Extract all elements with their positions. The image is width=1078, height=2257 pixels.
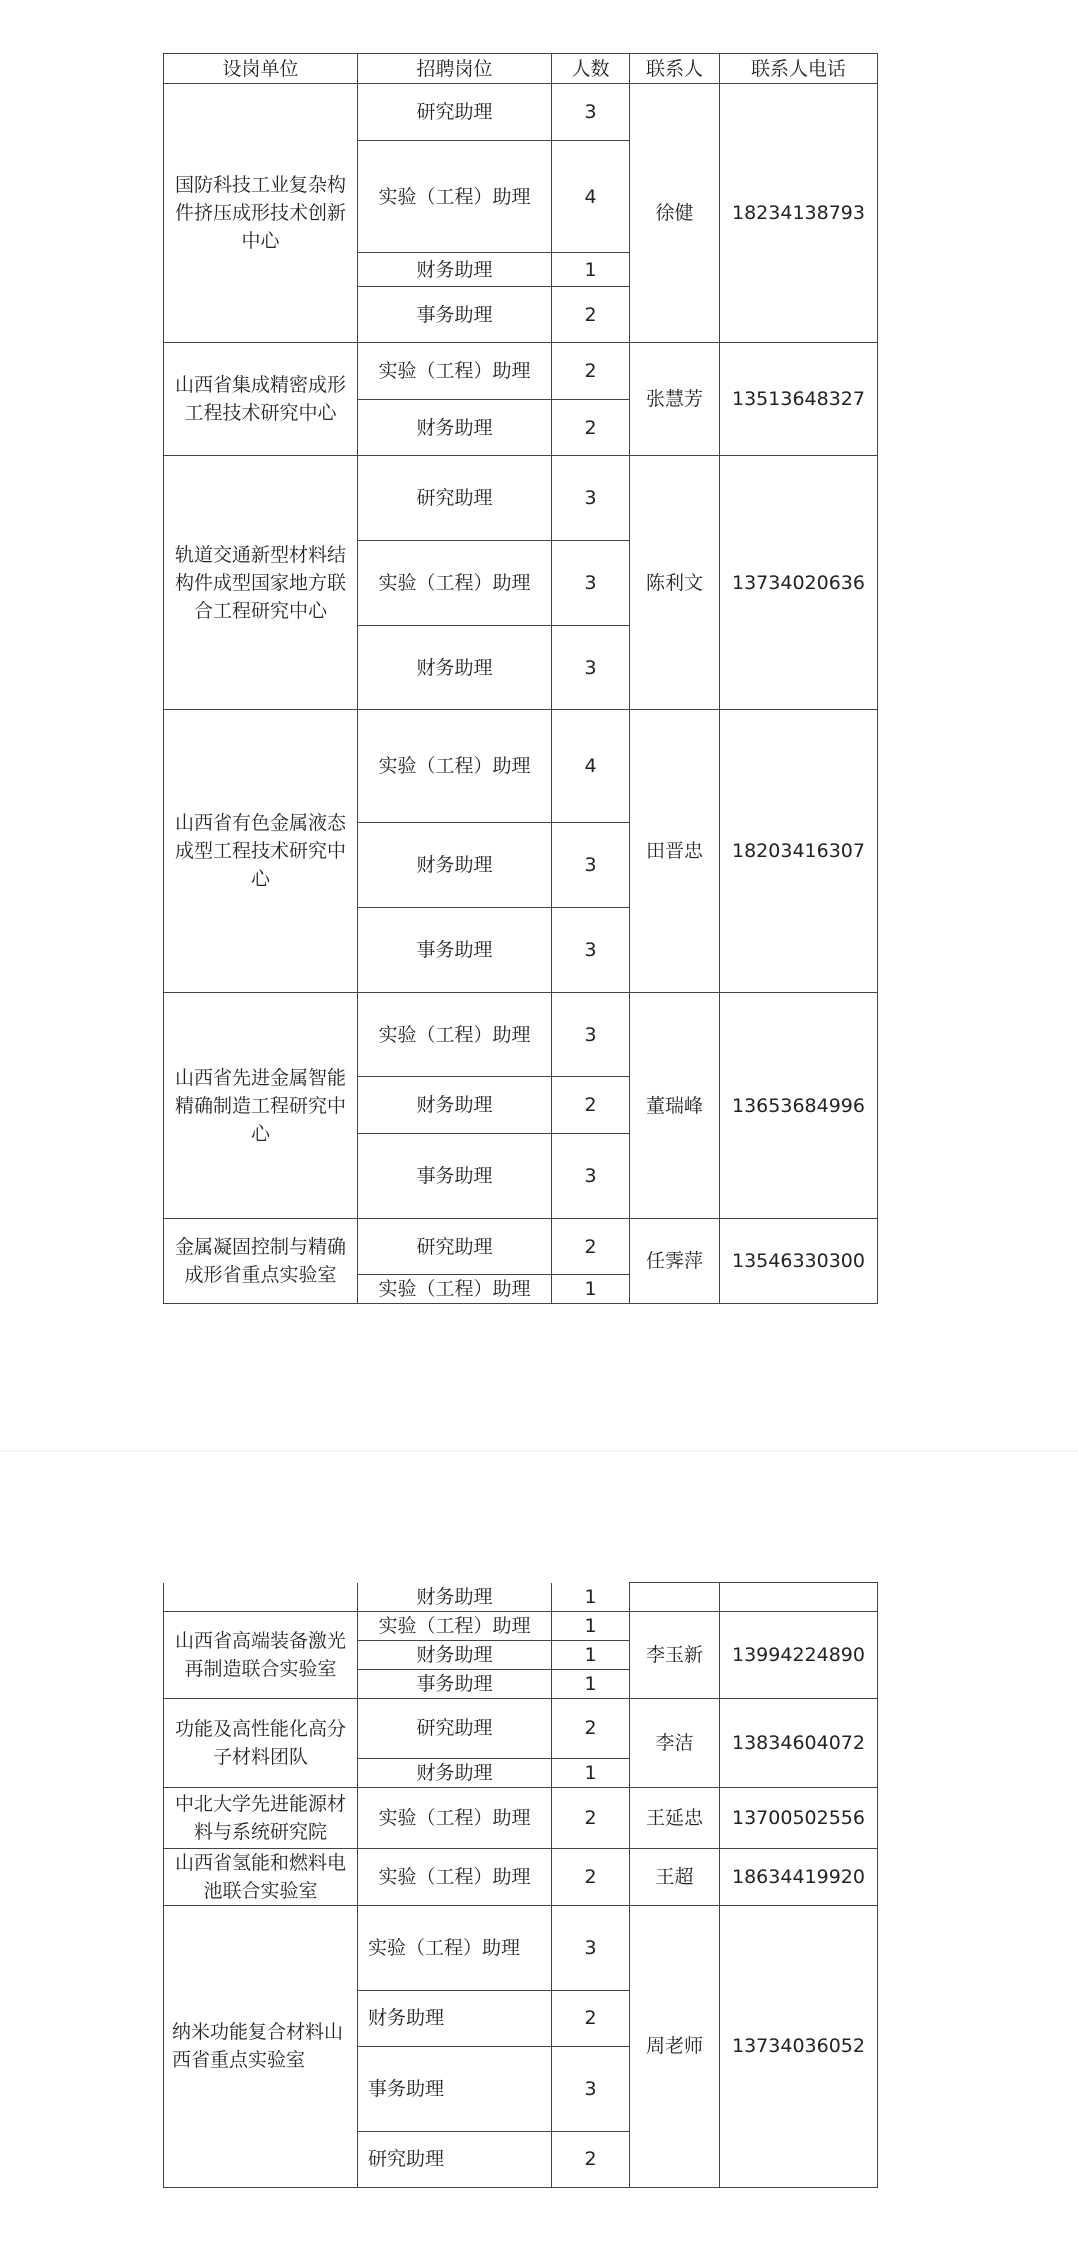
table-row: 金属凝固控制与精确成形省重点实验室 研究助理 2 任霁萍 13546330300 — [164, 1219, 878, 1275]
count-cell: 2 — [552, 1219, 630, 1275]
count-cell: 3 — [552, 626, 630, 710]
position-cell: 实验（工程）助理 — [358, 1275, 552, 1304]
count-cell: 2 — [552, 1787, 630, 1848]
table-row: 山西省集成精密成形工程技术研究中心 实验（工程）助理 2 张慧芳 1351364… — [164, 343, 878, 400]
count-cell: 2 — [552, 2131, 630, 2187]
position-cell: 财务助理 — [358, 253, 552, 287]
table-row: 山西省氢能和燃料电池联合实验室 实验（工程）助理 2 王超 1863441992… — [164, 1848, 878, 1905]
count-cell: 2 — [552, 287, 630, 343]
count-cell: 3 — [552, 456, 630, 541]
table-row: 纳米功能复合材料山西省重点实验室 实验（工程）助理 3 周老师 13734036… — [164, 1905, 878, 1990]
contact-cell: 田晋忠 — [630, 710, 720, 993]
count-cell: 3 — [552, 1134, 630, 1219]
unit-cell: 功能及高性能化高分子材料团队 — [164, 1698, 358, 1787]
header-unit: 设岗单位 — [164, 54, 358, 84]
contact-cell: 王超 — [630, 1848, 720, 1905]
count-cell: 1 — [552, 1275, 630, 1304]
count-cell: 1 — [552, 1669, 630, 1698]
position-cell: 事务助理 — [358, 1134, 552, 1219]
contact-cell: 李洁 — [630, 1698, 720, 1787]
phone-cell: 13734020636 — [720, 456, 878, 710]
contact-cell: 李玉新 — [630, 1611, 720, 1698]
position-cell: 研究助理 — [358, 1698, 552, 1758]
position-cell: 财务助理 — [358, 400, 552, 456]
phone-cell: 13513648327 — [720, 343, 878, 456]
count-cell: 1 — [552, 253, 630, 287]
position-cell: 财务助理 — [358, 1583, 552, 1612]
contact-cell: 徐健 — [630, 84, 720, 343]
contact-cell-empty — [630, 1583, 720, 1612]
phone-cell: 13834604072 — [720, 1698, 878, 1787]
unit-cell: 山西省先进金属智能精确制造工程研究中心 — [164, 993, 358, 1219]
recruitment-table-page-2: 财务助理 1 山西省高端装备激光再制造联合实验室 实验（工程）助理 1 李玉新 … — [163, 1582, 878, 2188]
contact-cell: 王延忠 — [630, 1787, 720, 1848]
unit-cell: 山西省氢能和燃料电池联合实验室 — [164, 1848, 358, 1905]
table-row: 国防科技工业复杂构件挤压成形技术创新中心 研究助理 3 徐健 182341387… — [164, 84, 878, 141]
contact-cell: 张慧芳 — [630, 343, 720, 456]
position-cell: 财务助理 — [358, 626, 552, 710]
table-row: 山西省先进金属智能精确制造工程研究中心 实验（工程）助理 3 董瑞峰 13653… — [164, 993, 878, 1077]
phone-cell: 13653684996 — [720, 993, 878, 1219]
phone-cell: 13700502556 — [720, 1787, 878, 1848]
position-cell: 事务助理 — [358, 2046, 552, 2131]
position-cell: 实验（工程）助理 — [358, 1848, 552, 1905]
position-cell: 财务助理 — [358, 1077, 552, 1134]
position-cell: 研究助理 — [358, 84, 552, 141]
header-position: 招聘岗位 — [358, 54, 552, 84]
unit-cell-empty — [164, 1583, 358, 1612]
count-cell: 2 — [552, 343, 630, 400]
count-cell: 1 — [552, 1758, 630, 1787]
count-cell: 3 — [552, 1905, 630, 1990]
header-count: 人数 — [552, 54, 630, 84]
phone-cell-empty — [720, 1583, 878, 1612]
count-cell: 4 — [552, 141, 630, 253]
count-cell: 1 — [552, 1640, 630, 1669]
phone-cell: 18203416307 — [720, 710, 878, 993]
position-cell: 实验（工程）助理 — [358, 1611, 552, 1640]
position-cell: 财务助理 — [358, 1758, 552, 1787]
position-cell: 研究助理 — [358, 2131, 552, 2187]
contact-cell: 陈利文 — [630, 456, 720, 710]
position-cell: 事务助理 — [358, 1669, 552, 1698]
unit-cell: 轨道交通新型材料结构件成型国家地方联合工程研究中心 — [164, 456, 358, 710]
position-cell: 财务助理 — [358, 823, 552, 908]
position-cell: 研究助理 — [358, 456, 552, 541]
phone-cell: 13734036052 — [720, 1905, 878, 2187]
phone-cell: 18234138793 — [720, 84, 878, 343]
header-phone: 联系人电话 — [720, 54, 878, 84]
table-row: 轨道交通新型材料结构件成型国家地方联合工程研究中心 研究助理 3 陈利文 137… — [164, 456, 878, 541]
count-cell: 2 — [552, 1077, 630, 1134]
unit-cell: 中北大学先进能源材料与系统研究院 — [164, 1787, 358, 1848]
unit-cell: 国防科技工业复杂构件挤压成形技术创新中心 — [164, 84, 358, 343]
table-row: 中北大学先进能源材料与系统研究院 实验（工程）助理 2 王延忠 13700502… — [164, 1787, 878, 1848]
table-row-continuation: 财务助理 1 — [164, 1583, 878, 1612]
count-cell: 3 — [552, 908, 630, 993]
position-cell: 实验（工程）助理 — [358, 541, 552, 626]
count-cell: 2 — [552, 400, 630, 456]
header-contact: 联系人 — [630, 54, 720, 84]
count-cell: 3 — [552, 823, 630, 908]
position-cell: 研究助理 — [358, 1219, 552, 1275]
count-cell: 2 — [552, 1698, 630, 1758]
unit-cell: 山西省集成精密成形工程技术研究中心 — [164, 343, 358, 456]
position-cell: 实验（工程）助理 — [358, 1787, 552, 1848]
table-row: 功能及高性能化高分子材料团队 研究助理 2 李洁 13834604072 — [164, 1698, 878, 1758]
table-row: 山西省有色金属液态成型工程技术研究中心 实验（工程）助理 4 田晋忠 18203… — [164, 710, 878, 823]
count-cell: 1 — [552, 1611, 630, 1640]
unit-cell: 纳米功能复合材料山西省重点实验室 — [164, 1905, 358, 2187]
document-page-2: 财务助理 1 山西省高端装备激光再制造联合实验室 实验（工程）助理 1 李玉新 … — [0, 1452, 1078, 2257]
phone-cell: 13994224890 — [720, 1611, 878, 1698]
table-header-row: 设岗单位 招聘岗位 人数 联系人 联系人电话 — [164, 54, 878, 84]
unit-cell: 山西省高端装备激光再制造联合实验室 — [164, 1611, 358, 1698]
phone-cell: 18634419920 — [720, 1848, 878, 1905]
position-cell: 实验（工程）助理 — [358, 141, 552, 253]
position-cell: 实验（工程）助理 — [358, 343, 552, 400]
unit-cell: 山西省有色金属液态成型工程技术研究中心 — [164, 710, 358, 993]
count-cell: 3 — [552, 993, 630, 1077]
position-cell: 事务助理 — [358, 908, 552, 993]
count-cell: 3 — [552, 84, 630, 141]
position-cell: 财务助理 — [358, 1640, 552, 1669]
count-cell: 1 — [552, 1583, 630, 1612]
count-cell: 3 — [552, 2046, 630, 2131]
table-row: 山西省高端装备激光再制造联合实验室 实验（工程）助理 1 李玉新 1399422… — [164, 1611, 878, 1640]
count-cell: 3 — [552, 541, 630, 626]
position-cell: 实验（工程）助理 — [358, 993, 552, 1077]
unit-cell: 金属凝固控制与精确成形省重点实验室 — [164, 1219, 358, 1304]
phone-cell: 13546330300 — [720, 1219, 878, 1304]
position-cell: 财务助理 — [358, 1990, 552, 2046]
count-cell: 2 — [552, 1848, 630, 1905]
count-cell: 4 — [552, 710, 630, 823]
contact-cell: 董瑞峰 — [630, 993, 720, 1219]
count-cell: 2 — [552, 1990, 630, 2046]
contact-cell: 任霁萍 — [630, 1219, 720, 1304]
position-cell: 事务助理 — [358, 287, 552, 343]
position-cell: 实验（工程）助理 — [358, 1905, 552, 1990]
contact-cell: 周老师 — [630, 1905, 720, 2187]
position-cell: 实验（工程）助理 — [358, 710, 552, 823]
document-page-1: 设岗单位 招聘岗位 人数 联系人 联系人电话 国防科技工业复杂构件挤压成形技术创… — [0, 0, 1078, 1450]
recruitment-table-page-1: 设岗单位 招聘岗位 人数 联系人 联系人电话 国防科技工业复杂构件挤压成形技术创… — [163, 53, 878, 1304]
